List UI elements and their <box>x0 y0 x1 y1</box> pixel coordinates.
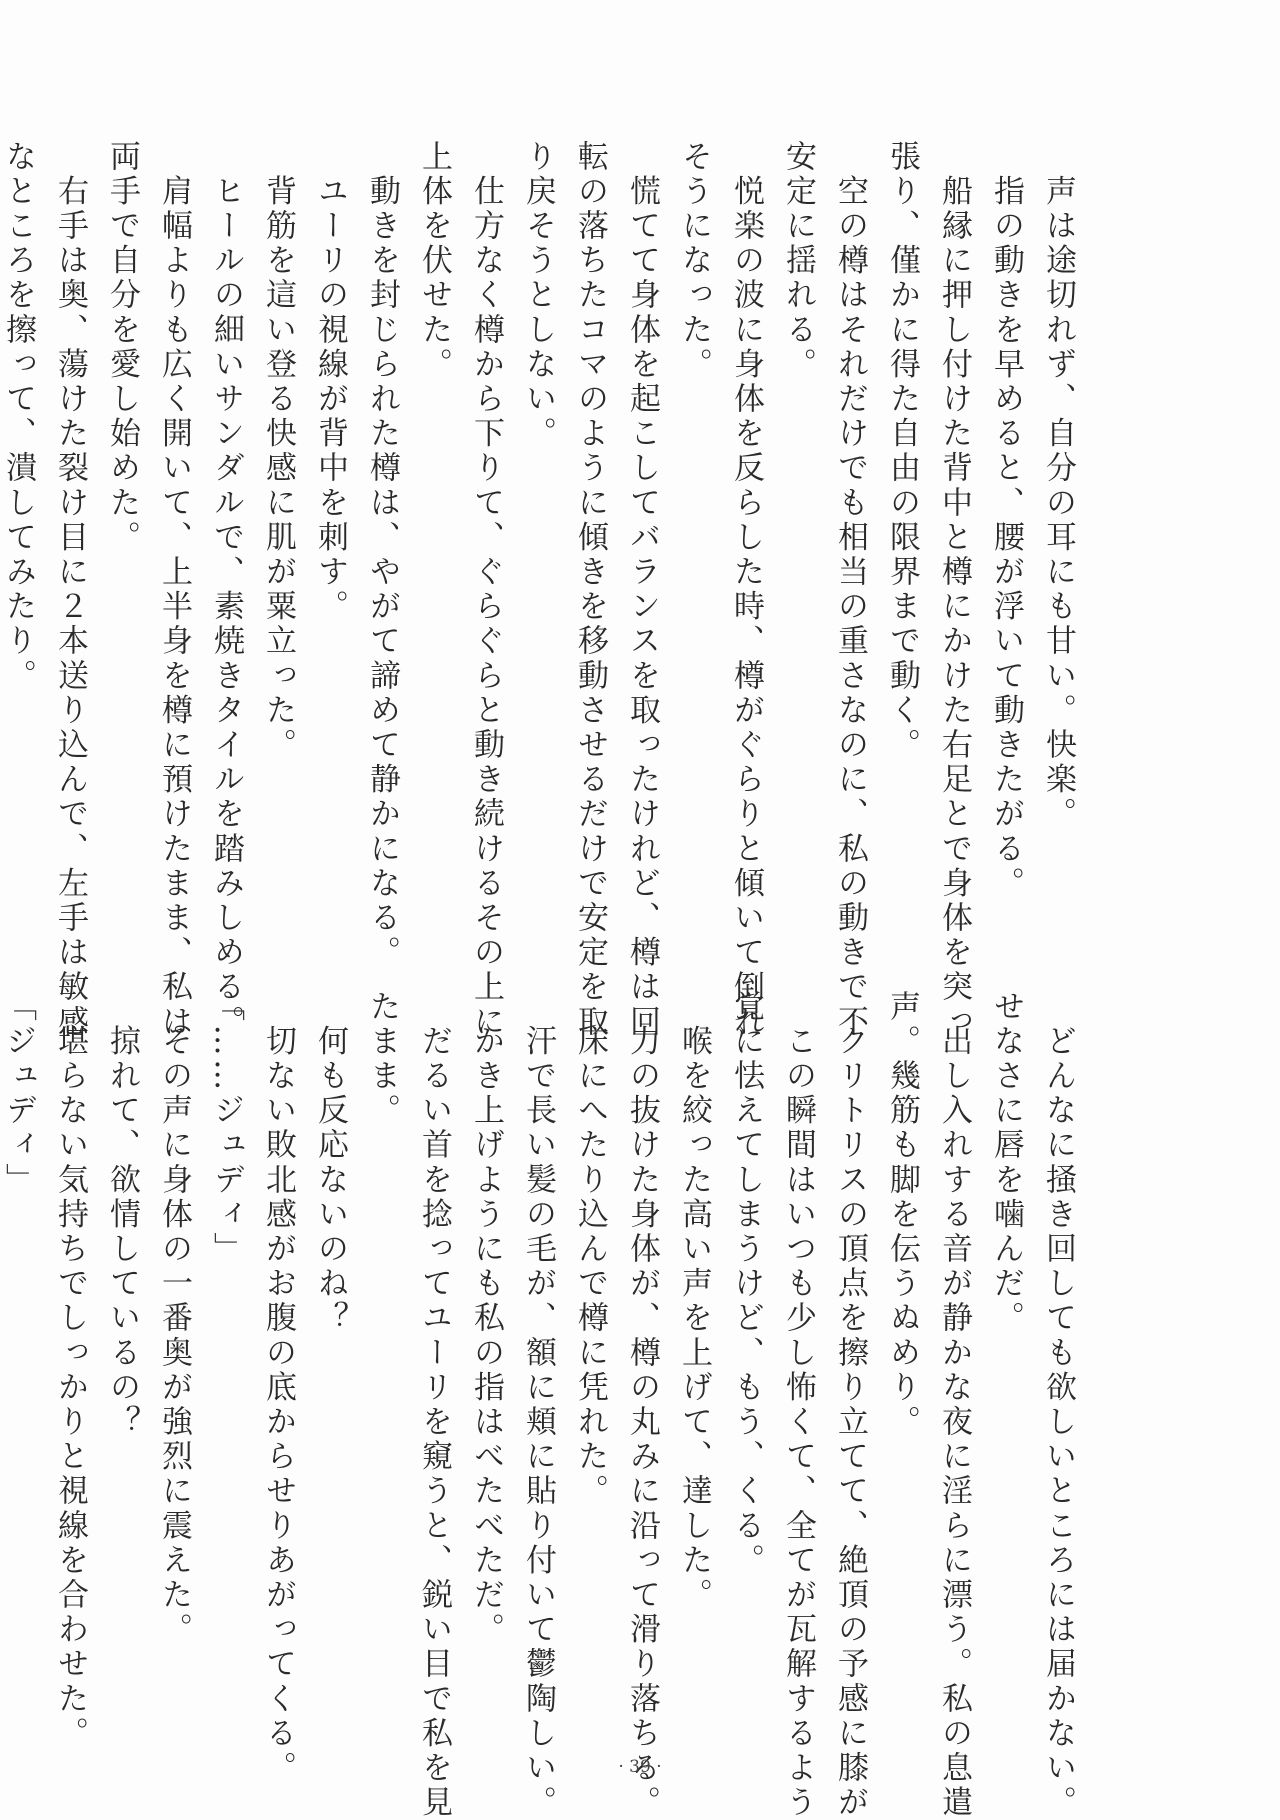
text-line: ユーリの視線が背中を刺す。 <box>304 140 356 910</box>
text-line: ヒールの細いサンダルで、素焼きタイルを踏みしめる。 <box>200 140 252 910</box>
text-line: なところを擦って、潰してみたり。 <box>0 140 44 910</box>
text-line: 上体を伏せた。 <box>408 140 460 910</box>
text-line: 「……ジュディ」 <box>200 990 252 1760</box>
text-line: この瞬間はいつも少し怖くて、全てが瓦解するような感 <box>772 990 824 1760</box>
text-line: 汗で長い髪の毛が、額に頬に貼り付いて鬱陶しい。 <box>512 990 564 1760</box>
text-line: 何も反応ないのね？ <box>304 990 356 1760</box>
text-line: その声に身体の一番奥が強烈に震えた。 <box>148 990 200 1760</box>
text-line: 慌てて身体を起こしてバランスを取ったけれど、樽は回 <box>616 140 668 910</box>
text-line: クリトリスの頂点を擦り立てて、絶頂の予感に膝が笑う。 <box>824 990 876 1760</box>
text-line: 声は途切れず、自分の耳にも甘い。快楽。 <box>1032 140 1084 910</box>
text-line: だるい首を捻ってユーリを窺うと、鋭い目で私を見つめ <box>408 990 460 1760</box>
text-line: 「ジュディ」 <box>0 990 44 1760</box>
text-line: 床にへたり込んで樽に凭れた。 <box>564 990 616 1760</box>
text-block-top: 声は途切れず、自分の耳にも甘い。快楽。 指の動きを早めると、腰が浮いて動きたがる… <box>144 140 1084 910</box>
text-line: 空の樽はそれだけでも相当の重さなのに、私の動きで不 <box>824 140 876 910</box>
text-line: 両手で自分を愛し始めた。 <box>96 140 148 910</box>
text-line: せなさに唇を噛んだ。 <box>980 990 1032 1760</box>
text-line: 動きを封じられた樽は、やがて諦めて静かになる。 <box>356 140 408 910</box>
text-line: そうになった。 <box>668 140 720 910</box>
text-line: 掠れて、欲情しているの？ <box>96 990 148 1760</box>
text-line: どんなに掻き回しても欲しいところには届かない。やる <box>1032 990 1084 1760</box>
text-line: 右手は奥、蕩けた裂け目に２本送り込んで、左手は敏感 <box>44 140 96 910</box>
text-line: 張り、僅かに得た自由の限界まで動く。 <box>876 140 928 910</box>
text-line: 切ない敗北感がお腹の底からせりあがってくる。 <box>252 990 304 1760</box>
text-line: 肩幅よりも広く開いて、上半身を樽に預けたまま、私は <box>148 140 200 910</box>
text-line: 背筋を這い登る快感に肌が粟立った。 <box>252 140 304 910</box>
text-line: 船縁に押し付けた背中と樽にかけた右足とで身体を突っ <box>928 140 980 910</box>
book-page: 声は途切れず、自分の耳にも甘い。快楽。 指の動きを早めると、腰が浮いて動きたがる… <box>0 0 1280 1820</box>
text-line: 悦楽の波に身体を反らした時、樽がぐらりと傾いて倒れ <box>720 140 772 910</box>
text-line: 仕方なく樽から下りて、ぐらぐらと動き続けるその上に <box>460 140 512 910</box>
text-line: 転の落ちたコマのように傾きを移動させるだけで安定を取 <box>564 140 616 910</box>
text-line: 堪らない気持ちでしっかりと視線を合わせた。 <box>44 990 96 1760</box>
page-number: · 39 · <box>0 1757 1280 1777</box>
text-line: 力の抜けた身体が、樽の丸みに沿って滑り落ちる。 <box>616 990 668 1760</box>
text-block-bottom: どんなに掻き回しても欲しいところには届かない。やる せなさに唇を噛んだ。 出し入… <box>144 990 1084 1760</box>
text-line: 出し入れする音が静かな夜に淫らに漂う。私の息遣いと <box>928 990 980 1760</box>
text-line: り戻そうとしない。 <box>512 140 564 910</box>
text-line: 安定に揺れる。 <box>772 140 824 910</box>
text-line: 喉を絞った高い声を上げて、達した。 <box>668 990 720 1760</box>
text-line: たまま。 <box>356 990 408 1760</box>
text-line: 覚に怯えてしまうけど、もう、くる。 <box>720 990 772 1760</box>
text-line: 指の動きを早めると、腰が浮いて動きたがる。 <box>980 140 1032 910</box>
text-line: 声。幾筋も脚を伝うぬめり。 <box>876 990 928 1760</box>
text-line: かき上げようにも私の指はべたべただ。 <box>460 990 512 1760</box>
